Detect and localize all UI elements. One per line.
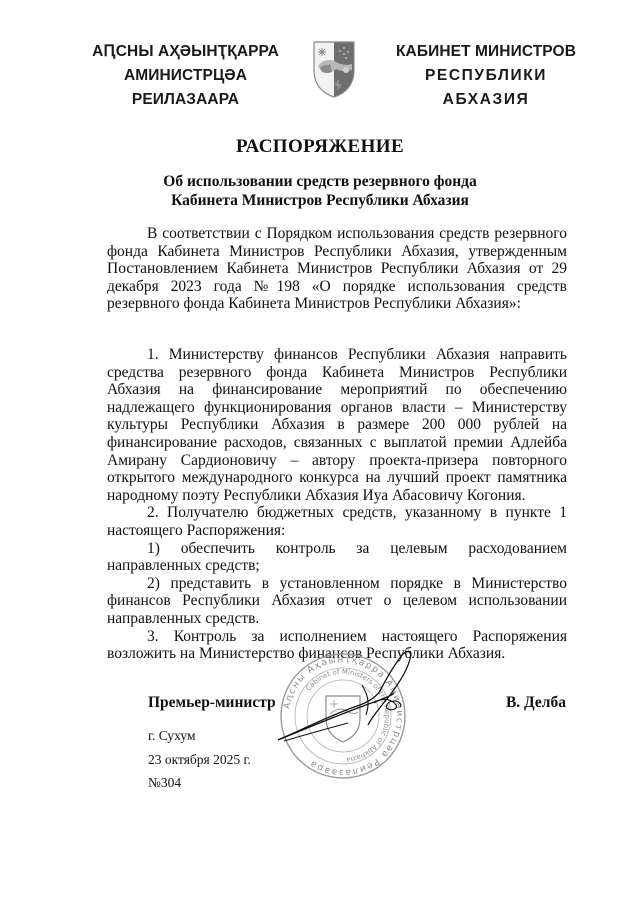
order-subitem-2-1: 1) обеспечить контроль за целевым расход…	[107, 540, 567, 575]
coat-of-arms-icon	[312, 40, 356, 98]
order-subitem-2-2: 2) представить в установленном порядке в…	[107, 575, 567, 628]
preamble: В соответствии с Порядком использования …	[107, 225, 567, 313]
letterhead: АԤСНЫ АҲӘЫНҬҚАРРА АМИНИСТРЦӘА РЕИЛАЗААРА	[0, 0, 640, 130]
letterhead-russian-line2: РЕСПУБЛИКИ АБХАЗИЯ	[382, 64, 590, 112]
document-subject-line1: Об использовании средств резервного фонд…	[0, 172, 640, 191]
document-number: №304	[148, 775, 181, 791]
order-item-2: 2. Получателю бюджетных средств, указанн…	[107, 504, 567, 539]
signatory-position: Премьер-министр	[148, 694, 276, 712]
preamble-paragraph: В соответствии с Порядком использования …	[107, 225, 567, 313]
letterhead-abkhaz-line1: АԤСНЫ АҲӘЫНҬҚАРРА	[78, 40, 293, 64]
document-type-title: РАСПОРЯЖЕНИЕ	[0, 136, 640, 158]
document-city: г. Сухум	[148, 728, 196, 744]
document-subject: Об использовании средств резервного фонд…	[0, 172, 640, 210]
letterhead-abkhaz: АԤСНЫ АҲӘЫНҬҚАРРА АМИНИСТРЦӘА РЕИЛАЗААРА	[78, 40, 293, 112]
document-subject-line2: Кабинета Министров Республики Абхазия	[0, 191, 640, 210]
signatory-name: В. Делба	[506, 694, 566, 712]
document-date: 23 октября 2025 г.	[148, 752, 251, 768]
letterhead-russian: КАБИНЕТ МИНИСТРОВ РЕСПУБЛИКИ АБХАЗИЯ	[382, 40, 590, 112]
letterhead-abkhaz-line2: АМИНИСТРЦӘА РЕИЛАЗААРА	[78, 64, 293, 112]
signature-block: Премьер-министр В. Делба	[148, 694, 566, 716]
order-item-1: 1. Министерству финансов Республики Абха…	[107, 346, 567, 504]
order-items: 1. Министерству финансов Республики Абха…	[107, 346, 567, 663]
letterhead-russian-line1: КАБИНЕТ МИНИСТРОВ	[382, 40, 590, 64]
